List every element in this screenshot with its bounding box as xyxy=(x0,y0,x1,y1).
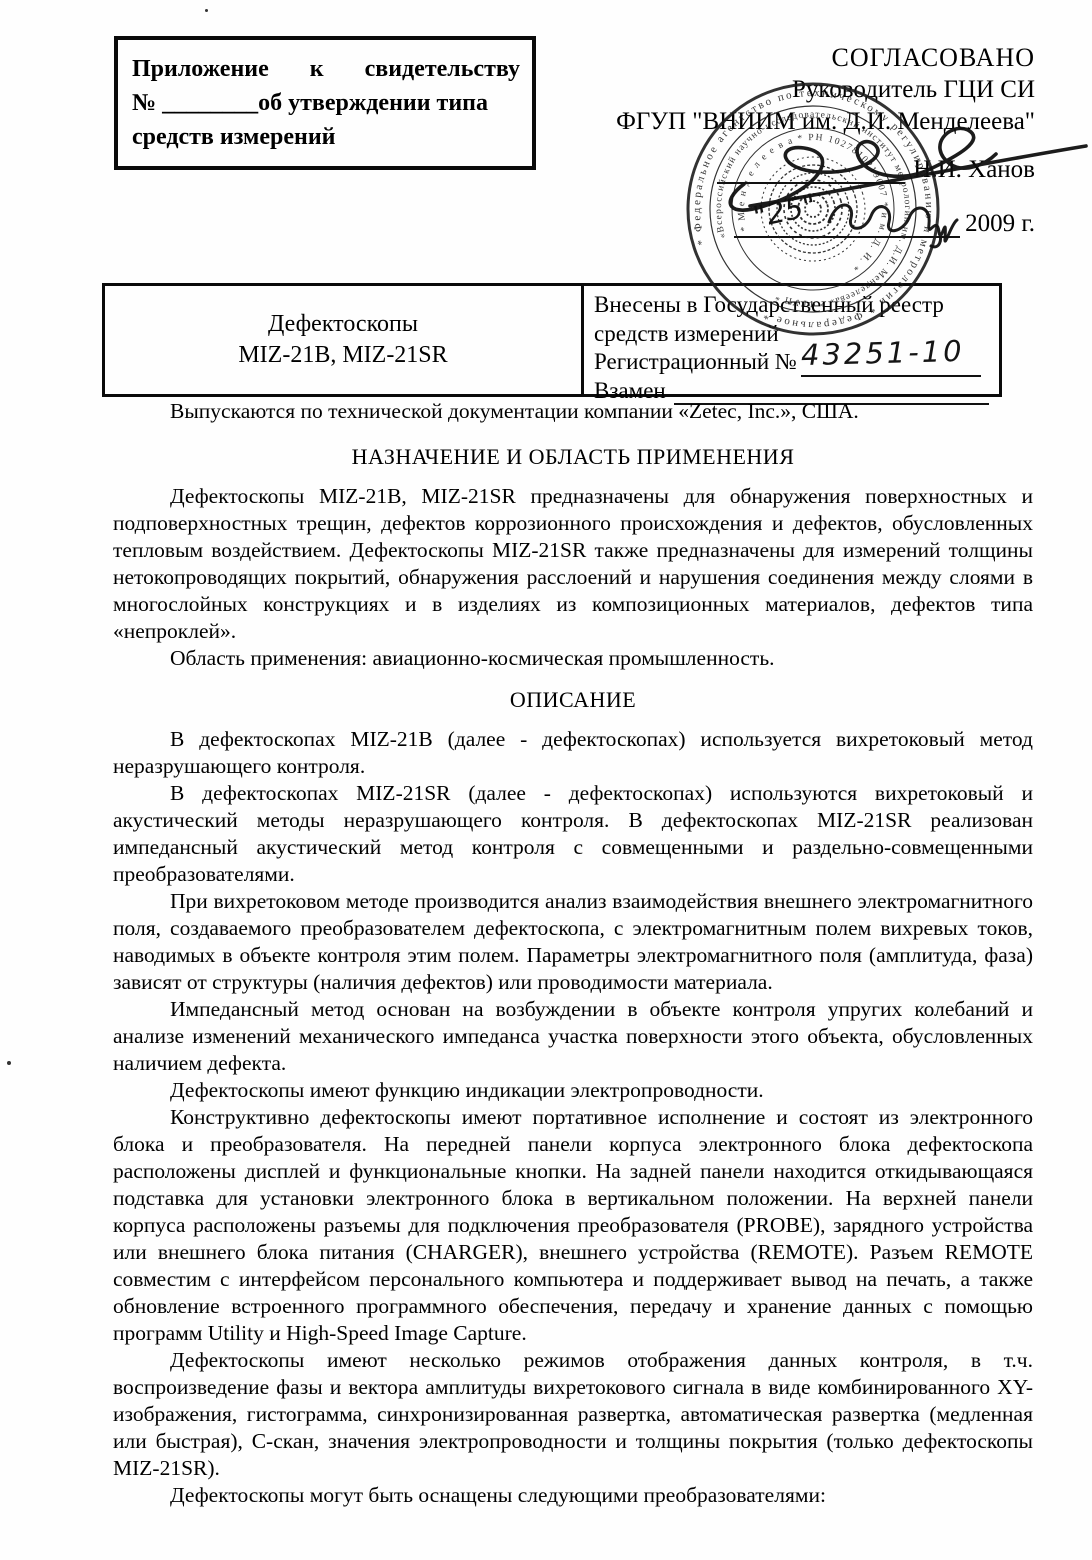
registration-number-row: Регистрационный № 43251-10 xyxy=(594,348,989,377)
scan-speck xyxy=(205,9,208,12)
handwritten-registration-number: 43251-10 xyxy=(801,336,965,369)
registry-table: Дефектоскопы MIZ-21B, MIZ-21SR Внесены в… xyxy=(102,283,1002,397)
appendix-line-2: № ________об утверждении типа xyxy=(132,86,520,120)
description-paragraph-8: Дефектоскопы могут быть оснащены следующ… xyxy=(113,1482,1033,1509)
section-title-description: ОПИСАНИЕ xyxy=(113,686,1033,713)
description-paragraph-4: Импедансный метод основан на возбуждении… xyxy=(113,996,1033,1077)
registration-number-line: 43251-10 xyxy=(801,349,981,377)
date-year: 2009 г. xyxy=(965,210,1035,238)
registry-line-1: Внесены в Государственный реестр xyxy=(594,291,989,320)
description-paragraph-7: Дефектоскопы имеют несколько режимов ото… xyxy=(113,1347,1033,1482)
issued-line: Выпускаются по технической документации … xyxy=(113,398,1033,425)
description-paragraph-3: При вихретоковом методе производится ана… xyxy=(113,888,1033,996)
product-name-cell: Дефектоскопы MIZ-21B, MIZ-21SR xyxy=(105,286,584,394)
approver-role: Руководитель ГЦИ СИ xyxy=(555,74,1035,106)
document-body: Выпускаются по технической документации … xyxy=(113,398,1033,1509)
description-paragraph-6: Конструктивно дефектоскопы имеют портати… xyxy=(113,1104,1033,1347)
registry-cell: Внесены в Государственный реестр средств… xyxy=(584,286,999,394)
approval-block: СОГЛАСОВАНО Руководитель ГЦИ СИ ФГУП "ВН… xyxy=(555,42,1035,238)
appendix-line-3: средств измерений xyxy=(132,120,520,154)
description-paragraph-1: В дефектоскопах MIZ-21B (далее - дефекто… xyxy=(113,726,1033,780)
description-paragraph-2: В дефектоскопах MIZ-21SR (далее - дефект… xyxy=(113,780,1033,888)
scan-speck xyxy=(7,1061,11,1065)
registration-number-label: Регистрационный № xyxy=(594,348,797,377)
section-title-purpose: НАЗНАЧЕНИЕ И ОБЛАСТЬ ПРИМЕНЕНИЯ xyxy=(113,443,1033,470)
appendix-line-1: Приложение к свидетельству xyxy=(132,52,520,86)
product-models: MIZ-21B, MIZ-21SR xyxy=(238,340,447,371)
product-type: Дефектоскопы xyxy=(268,309,418,340)
signature-line xyxy=(717,150,905,184)
purpose-paragraph-1: Дефектоскопы MIZ-21B, MIZ-21SR предназна… xyxy=(113,483,1033,645)
approver-organization: ФГУП "ВНИИМ им. Д.И. Менделеева" xyxy=(555,106,1035,138)
signature-row: Н.И. Ханов xyxy=(555,152,1035,184)
document-page: Приложение к свидетельству № ________об … xyxy=(0,0,1092,1560)
signer-name: Н.И. Ханов xyxy=(913,156,1035,184)
description-paragraph-5: Дефектоскопы имеют функцию индикации эле… xyxy=(113,1077,1033,1104)
purpose-paragraph-2: Область применения: авиационно-космическ… xyxy=(113,645,1033,672)
approval-status: СОГЛАСОВАНО xyxy=(555,42,1035,74)
appendix-note-box: Приложение к свидетельству № ________об … xyxy=(114,36,536,170)
